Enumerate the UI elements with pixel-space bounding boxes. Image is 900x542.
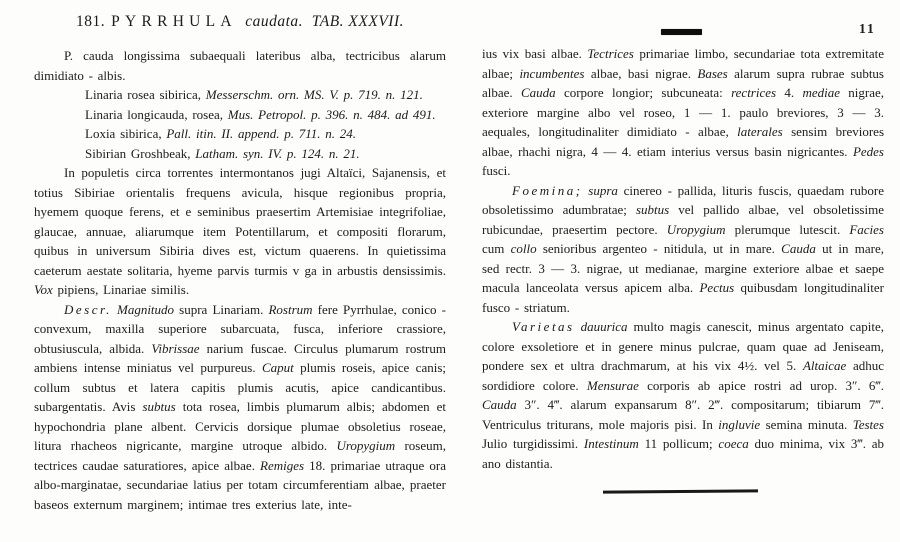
text-segment: P. cauda longissima subaequali lateribus… xyxy=(34,48,446,83)
end-rule xyxy=(603,489,758,493)
text-segment: mediae xyxy=(802,85,840,100)
text-segment: Descr. xyxy=(64,302,112,317)
text-segment: Pall. itin. II. append. p. 711. n. 24. xyxy=(166,126,356,141)
habitat-paragraph: In populetis circa torrentes intermontan… xyxy=(34,163,446,300)
text-segment: 4. xyxy=(776,85,802,100)
text-segment: Uropygium xyxy=(667,222,726,237)
synonym-citation: Linaria longicauda, rosea, Mus. Petropol… xyxy=(34,105,446,125)
text-segment: corporis ab apice rostri ad urop. 3″. 6‴… xyxy=(639,378,884,393)
text-segment: Remiges xyxy=(260,458,304,473)
synonym-citation: Loxia sibirica, Pall. itin. II. append. … xyxy=(34,124,446,144)
text-segment: dauurica xyxy=(581,319,628,334)
text-segment: Caput xyxy=(262,360,294,375)
text-segment: Foemina; xyxy=(512,183,583,198)
text-segment: Intestinum xyxy=(584,436,639,451)
text-segment: Loxia sibirica, xyxy=(85,126,166,141)
text-segment: plerumque lutescit. xyxy=(726,222,850,237)
text-segment: Rostrum xyxy=(268,302,312,317)
text-segment: Linaria longicauda, rosea, xyxy=(85,107,228,122)
page-number: 11 xyxy=(859,21,876,37)
article-number: 181. xyxy=(76,13,105,30)
text-segment: supra xyxy=(588,183,618,198)
text-segment: Testes xyxy=(853,417,884,432)
text-segment: ingluvie xyxy=(718,417,760,432)
genus-name: PYRRHULA xyxy=(111,13,237,30)
right-column-text: ius vix basi albae. Tectrices primariae … xyxy=(482,44,884,473)
synonym-citation: Linaria rosea sibirica, Messerschm. orn.… xyxy=(34,85,446,105)
text-segment: Messerschm. orn. MS. V. p. 719. n. 121. xyxy=(206,87,423,102)
text-segment: senioribus argenteo - nitidula, ut in ma… xyxy=(537,241,782,256)
article-header: 181.PYRRHULA caudata. TAB. XXXVII. xyxy=(34,13,446,31)
tab-reference: TAB. XXXVII. xyxy=(312,13,404,30)
text-segment: laterales xyxy=(737,124,783,139)
text-segment: incumbentes xyxy=(519,66,584,81)
text-segment: fusci. xyxy=(482,163,511,178)
text-segment: Uropygium xyxy=(336,438,395,453)
text-segment: Sibirian Groshbeak, xyxy=(85,146,195,161)
text-segment: Magnitudo xyxy=(117,302,174,317)
text-segment: Facies xyxy=(849,222,884,237)
synonym-citation: Sibirian Groshbeak, Latham. syn. IV. p. … xyxy=(34,144,446,164)
text-segment: subtus xyxy=(142,399,175,414)
text-segment: Linaria rosea sibirica, xyxy=(85,87,206,102)
book-page: 181.PYRRHULA caudata. TAB. XXXVII. 11 P.… xyxy=(0,0,900,542)
foemina-paragraph: Foemina; supra cinereo - pallida, lituri… xyxy=(482,181,884,318)
text-segment: Mus. Petropol. p. 396. n. 484. ad 491. xyxy=(228,107,436,122)
text-segment: Tectrices xyxy=(587,46,633,61)
text-segment: Julio turgidissimi. xyxy=(482,436,584,451)
text-segment: subtus xyxy=(636,202,669,217)
text-segment: Altaicae xyxy=(803,358,846,373)
text-segment: Pectus xyxy=(699,280,734,295)
text-segment: supra Linariam. xyxy=(174,302,268,317)
text-segment: corpore longior; subcuneata: xyxy=(556,85,731,100)
text-segment: In populetis circa torrentes intermontan… xyxy=(34,165,446,278)
text-segment: rectrices xyxy=(731,85,776,100)
text-segment: Bases xyxy=(697,66,727,81)
text-segment: Cauda xyxy=(781,241,816,256)
text-segment: cum xyxy=(482,241,511,256)
text-segment: coeca xyxy=(718,436,748,451)
text-segment: semina minuta. xyxy=(760,417,853,432)
text-segment: Pedes xyxy=(853,144,884,159)
description-continuation-paragraph: ius vix basi albae. Tectrices primariae … xyxy=(482,44,884,181)
varietas-paragraph: Varietas dauurica multo magis canescit, … xyxy=(482,317,884,473)
text-segment: Vox xyxy=(34,282,53,297)
text-segment: Cauda xyxy=(482,397,517,412)
text-segment: Mensurae xyxy=(587,378,639,393)
text-segment: 11 pollicum; xyxy=(639,436,719,451)
text-segment: Varietas xyxy=(512,319,575,334)
species-name: caudata. xyxy=(245,13,303,30)
text-segment: Latham. syn. IV. p. 124. n. 21. xyxy=(195,146,359,161)
text-segment: collo xyxy=(511,241,537,256)
text-segment: Vibrissae xyxy=(151,341,199,356)
text-segment: ius vix basi albae. xyxy=(482,46,587,61)
text-segment: Cauda xyxy=(521,85,556,100)
text-segment: albae, basi nigrae. xyxy=(584,66,697,81)
description-paragraph: Descr. Magnitudo supra Linariam. Rostrum… xyxy=(34,300,446,515)
left-column-text: P. cauda longissima subaequali lateribus… xyxy=(34,46,446,514)
header-ornament-bar xyxy=(661,29,702,35)
text-segment: pipiens, Linariae similis. xyxy=(53,282,189,297)
diagnosis-paragraph: P. cauda longissima subaequali lateribus… xyxy=(34,46,446,85)
